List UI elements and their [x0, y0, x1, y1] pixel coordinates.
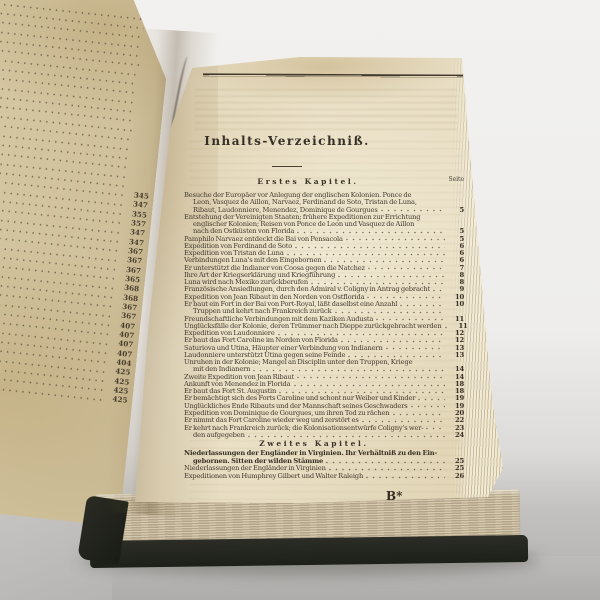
toc-page-number: 10 [447, 300, 464, 308]
dot-leader [433, 286, 445, 292]
toc-line: Expeditionen von Humphrey Gilbert und Wa… [184, 472, 464, 480]
toc-line: Verbindungen Luna's mit den Eingebornen6 [184, 256, 464, 263]
toc-line: Er baut das Fort Caroline im Norden von … [184, 336, 464, 343]
page-column-label: Seite [424, 176, 464, 183]
toc-line: Expedition von Laudonniere12 [184, 329, 464, 336]
toc-line: Er baut ein Fort in der Bai von Port-Roy… [184, 300, 464, 307]
dot-leader [400, 301, 445, 307]
toc-line: Er baut das Fort St. Augustin18 [184, 387, 464, 394]
toc-line: Besuche der Europäer vor Anlegung der en… [184, 191, 464, 198]
toc-line: Ankunft von Menendez in Florida18 [184, 380, 464, 387]
dot-leader [367, 293, 445, 299]
dot-leader [287, 250, 445, 256]
toc-line: Freundschaftliche Verbindungen mit dem K… [184, 315, 464, 322]
toc-line: Luna wird nach Mexiko zurückberufen8 [184, 278, 464, 285]
toc-title: Inhalts-Verzeichniß. [147, 134, 427, 148]
toc-line: Expedition von Dominique de Gourgues, um… [184, 409, 464, 416]
toc-line: Pamphilo Narvaez entdeckt die Bai von Pe… [184, 235, 464, 242]
toc-line: Ihre Art der Kriegserklärung und Kriegfü… [184, 271, 464, 278]
chapter1-heading: Erstes Kapitel. [168, 177, 448, 186]
toc-line: Er unterstützt die Indianer von Coosa ge… [184, 264, 464, 271]
toc-line: Expedition von Ferdinand de Soto6 [184, 242, 464, 249]
dot-leader [311, 279, 445, 285]
dot-leader [329, 465, 445, 471]
toc-entry-text: Expeditionen von Humphrey Gilbert und Wa… [184, 472, 363, 480]
dot-leader [362, 417, 445, 423]
dot-leader [393, 410, 445, 416]
dot-leader [278, 330, 445, 336]
dot-leader [253, 366, 445, 372]
toc-line: Niederlassungen der Engländer in Virgini… [184, 464, 464, 472]
toc-line: Unglücksfälle der Kolonie, deren Trümmer… [184, 322, 464, 329]
dot-leader [381, 206, 445, 212]
dot-leader [348, 352, 445, 358]
dot-leader [324, 257, 445, 263]
toc-line: mit den Indianern14 [184, 365, 464, 372]
chapter2-entries: Niederlassungen der Engländer in Virgini… [184, 449, 464, 479]
dot-leader [279, 388, 445, 394]
dot-leader [426, 424, 445, 430]
toc-line: Ribaut, Laudonniere, Menendez, Dominique… [184, 206, 464, 213]
dot-leader [297, 228, 445, 234]
toc-line: Laudonniere unterstützt Utina gegen sein… [184, 351, 464, 358]
toc-page-number: 13 [447, 351, 464, 359]
toc-page-number: 26 [447, 472, 464, 480]
dot-leader [368, 264, 445, 270]
toc-line: Leon, Vasquez de Aillon, Narvaez, Ferdin… [184, 198, 464, 205]
dot-leader [297, 373, 445, 379]
title-rule [272, 166, 302, 167]
dot-leader [341, 337, 445, 343]
dot-leader [418, 395, 445, 401]
dot-leader [326, 458, 445, 464]
toc-line: Er bemächtigt sich des Forts Caroline un… [184, 394, 464, 401]
toc-line: Unruhen in der Kolonie; Mangel an Discip… [184, 358, 464, 365]
dot-leader [346, 235, 445, 241]
dot-leader [445, 323, 449, 329]
dot-leader [338, 272, 445, 278]
chapter2-heading: Zweites Kapitel. [174, 439, 454, 448]
ink-showthrough [195, 86, 457, 130]
dot-leader [386, 344, 445, 350]
toc-page-number: 5 [447, 206, 464, 214]
toc-line: den aufgegeben24 [184, 431, 464, 438]
left-toc-page-number [147, 20, 167, 22]
dot-leader [248, 432, 445, 438]
toc-entry-text: den aufgegeben [184, 431, 245, 439]
toc-line: Expedition von Jean Ribaut in den Norden… [184, 293, 464, 300]
dot-leader [411, 402, 445, 408]
toc-line: Expedition von Tristan de Luna6 [184, 249, 464, 256]
toc-line: Er nimmt das Fort Caroline wieder weg un… [184, 416, 464, 423]
dot-leader [335, 308, 445, 314]
dot-leader [376, 315, 445, 321]
header-rule [203, 73, 463, 78]
toc-line: englischer Kolonien; Reisen von Ponce de… [184, 220, 464, 227]
dot-leader [295, 243, 445, 249]
toc-line: Zweite Expedition von Jean Ribaut14 [184, 373, 464, 380]
toc-line: nach den Ostküsten von Florida5 [184, 227, 464, 234]
dot-leader [366, 473, 445, 479]
toc-line: gebornen. Sitten der wilden Stämme25 [184, 457, 464, 465]
dot-leader [294, 381, 445, 387]
toc-line: Unglückliches Ende Ribauts und der Manns… [184, 402, 464, 409]
toc-line: Er kehrt nach Frankreich zurück; die Kol… [184, 424, 464, 431]
toc-line: Saturiova und Utina, Häupter einer Verbi… [184, 344, 464, 351]
toc-line: Französische Ansiedlungen, durch den Adm… [184, 285, 464, 292]
toc-line: Entstehung der Vereinigten Staaten; früh… [184, 213, 464, 220]
toc-page-number: 24 [447, 431, 464, 439]
toc-line: Truppen und kehrt nach Frankreich zurück [184, 307, 464, 314]
chapter1-entries: Besuche der Europäer vor Anlegung der en… [184, 191, 464, 438]
book-photo: …er Abbildungen.…Belagerung von Quebec…c… [0, 0, 600, 600]
toc-line: Niederlassungen der Engländer in Virgini… [184, 449, 464, 457]
